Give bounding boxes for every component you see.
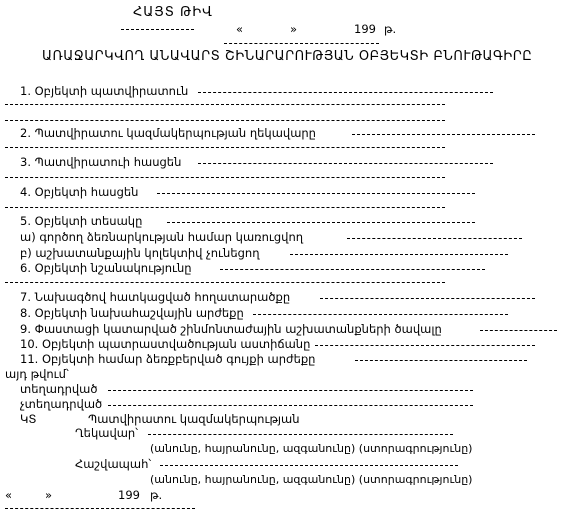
- installed-label: տեղադրված: [20, 382, 98, 396]
- item-11-label: 11. Օբյեկտի համար ձեռքբերված գույքի արժե…: [20, 352, 315, 366]
- item-7-field[interactable]: [320, 298, 535, 299]
- date-suffix: թ.: [384, 22, 396, 36]
- not-installed-label: չտեղադրված: [20, 397, 102, 411]
- item-1-field-cont2[interactable]: [5, 120, 445, 121]
- item-10-field[interactable]: [315, 345, 535, 346]
- item-2-label: 2. Պատվիրատու կազմակերպության ղեկավարը: [20, 126, 316, 140]
- item-6-label: 6. Օբյեկտի նշանակությունը: [20, 261, 192, 275]
- item-5-label: 5. Օբյեկտի տեսակը: [20, 214, 142, 228]
- item-4-field-cont[interactable]: [5, 207, 445, 208]
- item-1-field[interactable]: [198, 92, 493, 93]
- date-open-quote: «: [236, 22, 243, 36]
- number-field[interactable]: [121, 29, 194, 30]
- item-7-label: 7. Նախագծով հատկացված հողատարածքը: [20, 290, 290, 304]
- item-5b-field[interactable]: [290, 254, 508, 255]
- item-5-field[interactable]: [167, 222, 475, 223]
- footer-close-quote: »: [45, 488, 52, 502]
- item-9-label: 9. Փաստացի կատարված շինմոնտաժային աշխատա…: [20, 322, 442, 336]
- installed-field[interactable]: [108, 390, 473, 391]
- item-6-field[interactable]: [220, 269, 485, 270]
- stamp-label: ՀԱՅՏ ԹԻՎ: [133, 6, 213, 20]
- item-4-field[interactable]: [157, 193, 475, 194]
- item-6-field-cont[interactable]: [5, 282, 445, 283]
- footer-open-quote: «: [5, 488, 12, 502]
- not-installed-field[interactable]: [108, 405, 473, 406]
- accountant-field[interactable]: [160, 465, 458, 466]
- date-year: 199: [354, 22, 376, 36]
- item-11-field[interactable]: [355, 360, 527, 361]
- footer-suffix: թ.: [150, 488, 162, 502]
- org-label: Պատվիրատու կազմակերպության: [88, 412, 300, 426]
- item-1-label: 1. Օբյեկտի պատվիրատուն: [20, 84, 188, 98]
- including-label: այդ թվում՝: [5, 367, 69, 381]
- seal-label: ԿՏ: [20, 412, 37, 426]
- item-3-field[interactable]: [198, 163, 493, 164]
- date-close-quote: »: [290, 22, 297, 36]
- head-label: Ղեկավար՝: [75, 426, 138, 440]
- item-3-field-cont[interactable]: [5, 177, 445, 178]
- date-field[interactable]: [224, 43, 379, 44]
- accountant-hint: (անունը, հայրանունը, ազգանունը) (ստորագր…: [150, 473, 472, 487]
- item-5a-label: ա) գործող ձեռնարկության համար կառուցվող: [20, 230, 303, 244]
- item-5b-label: բ) աշխատանքային կոլեկտիվ չունեցող: [20, 246, 259, 260]
- item-1-field-cont[interactable]: [5, 104, 445, 105]
- item-9-field[interactable]: [480, 330, 557, 331]
- document-title: ԱՌԱՋԱՐԿՎՈՂ ԱՆԱՎԱՐՏ ՇԻՆԱՐԱՐՈՒԹՅԱՆ ՕԲՅԵԿՏԻ…: [42, 50, 532, 64]
- item-3-label: 3. Պատվիրատուի հասցեն: [20, 155, 181, 169]
- item-8-field[interactable]: [253, 314, 508, 315]
- item-2-field-cont[interactable]: [5, 147, 445, 148]
- item-8-label: 8. Օբյեկտի նախահաշվային արժեքը: [20, 306, 244, 320]
- head-field[interactable]: [148, 434, 453, 435]
- item-10-label: 10. Օբյեկտի պատրաստվածության աստիճանը: [20, 337, 310, 351]
- footer-date-field[interactable]: [5, 508, 195, 509]
- footer-year: 199: [118, 488, 140, 502]
- item-4-label: 4. Օբյեկտի հասցեն: [20, 185, 138, 199]
- item-2-field[interactable]: [352, 134, 535, 135]
- item-5a-field[interactable]: [347, 238, 522, 239]
- accountant-label: Հաշվապահ՝: [75, 457, 151, 471]
- head-hint: (անունը, հայրանունը, ազգանունը) (ստորագր…: [150, 442, 472, 456]
